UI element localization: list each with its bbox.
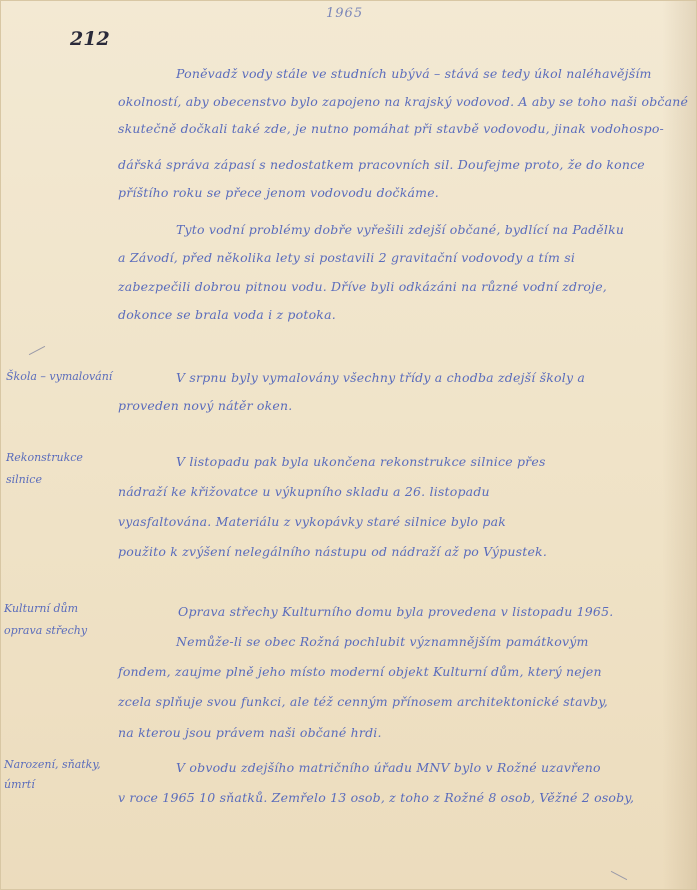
margin-note-school: Škola – vymalování <box>6 366 112 388</box>
text-line: na kterou jsou právem naši občané hrdi. <box>118 725 382 740</box>
text-line: Oprava střechy Kulturního domu byla prov… <box>178 604 613 619</box>
pencil-check-mark <box>29 346 45 355</box>
text-line: zcela splňuje svou funkci, ale též cenný… <box>118 694 608 709</box>
margin-note-vital-2: úmrtí <box>4 774 35 796</box>
text-line: dokonce se brala voda i z potoka. <box>118 307 336 322</box>
margin-note-road-2: silnice <box>6 469 42 491</box>
text-line: použito k zvýšení nelegálního nástupu od… <box>118 544 547 559</box>
text-line: proveden nový nátěr oken. <box>118 398 292 413</box>
page-number: 212 <box>70 28 110 50</box>
text-line: v roce 1965 10 sňatků. Zemřelo 13 osob, … <box>118 790 634 805</box>
text-line: V listopadu pak byla ukončena rekonstruk… <box>176 454 546 469</box>
manuscript-page: 1965 212 Poněvadž vody stále ve studních… <box>0 0 697 890</box>
text-line: fondem, zaujme plně jeho místo moderní o… <box>118 664 602 679</box>
text-line: okolností, aby obecenstvo bylo zapojeno … <box>118 94 688 109</box>
text-line: a Závodí, před několika lety si postavil… <box>118 250 575 265</box>
margin-note-road-1: Rekonstrukce <box>6 447 83 469</box>
text-line: skutečně dočkali také zde, je nutno pomá… <box>118 121 664 136</box>
margin-note-culture-1: Kulturní dům <box>4 598 78 620</box>
margin-note-culture-2: oprava střechy <box>4 620 87 642</box>
page-year: 1965 <box>326 6 363 21</box>
text-line: nádraží ke křižovatce u výkupního skladu… <box>118 484 490 499</box>
pencil-mark <box>611 871 627 880</box>
text-line: V obvodu zdejšího matričního úřadu MNV b… <box>176 760 601 775</box>
text-line: vyasfaltována. Materiálu z vykopávky sta… <box>118 514 506 529</box>
margin-note-vital-1: Narození, sňatky, <box>4 754 101 776</box>
text-line: příštího roku se přece jenom vodovodu do… <box>118 185 439 200</box>
text-line: zabezpečili dobrou pitnou vodu. Dříve by… <box>118 279 607 294</box>
text-line: Poněvadž vody stále ve studních ubývá – … <box>176 66 652 81</box>
text-line: Tyto vodní problémy dobře vyřešili zdejš… <box>176 222 624 237</box>
text-line: V srpnu byly vymalovány všechny třídy a … <box>176 370 585 385</box>
text-line: Nemůže-li se obec Rožná pochlubit význam… <box>176 634 589 649</box>
text-line: dářská správa zápasí s nedostatkem praco… <box>118 157 645 172</box>
